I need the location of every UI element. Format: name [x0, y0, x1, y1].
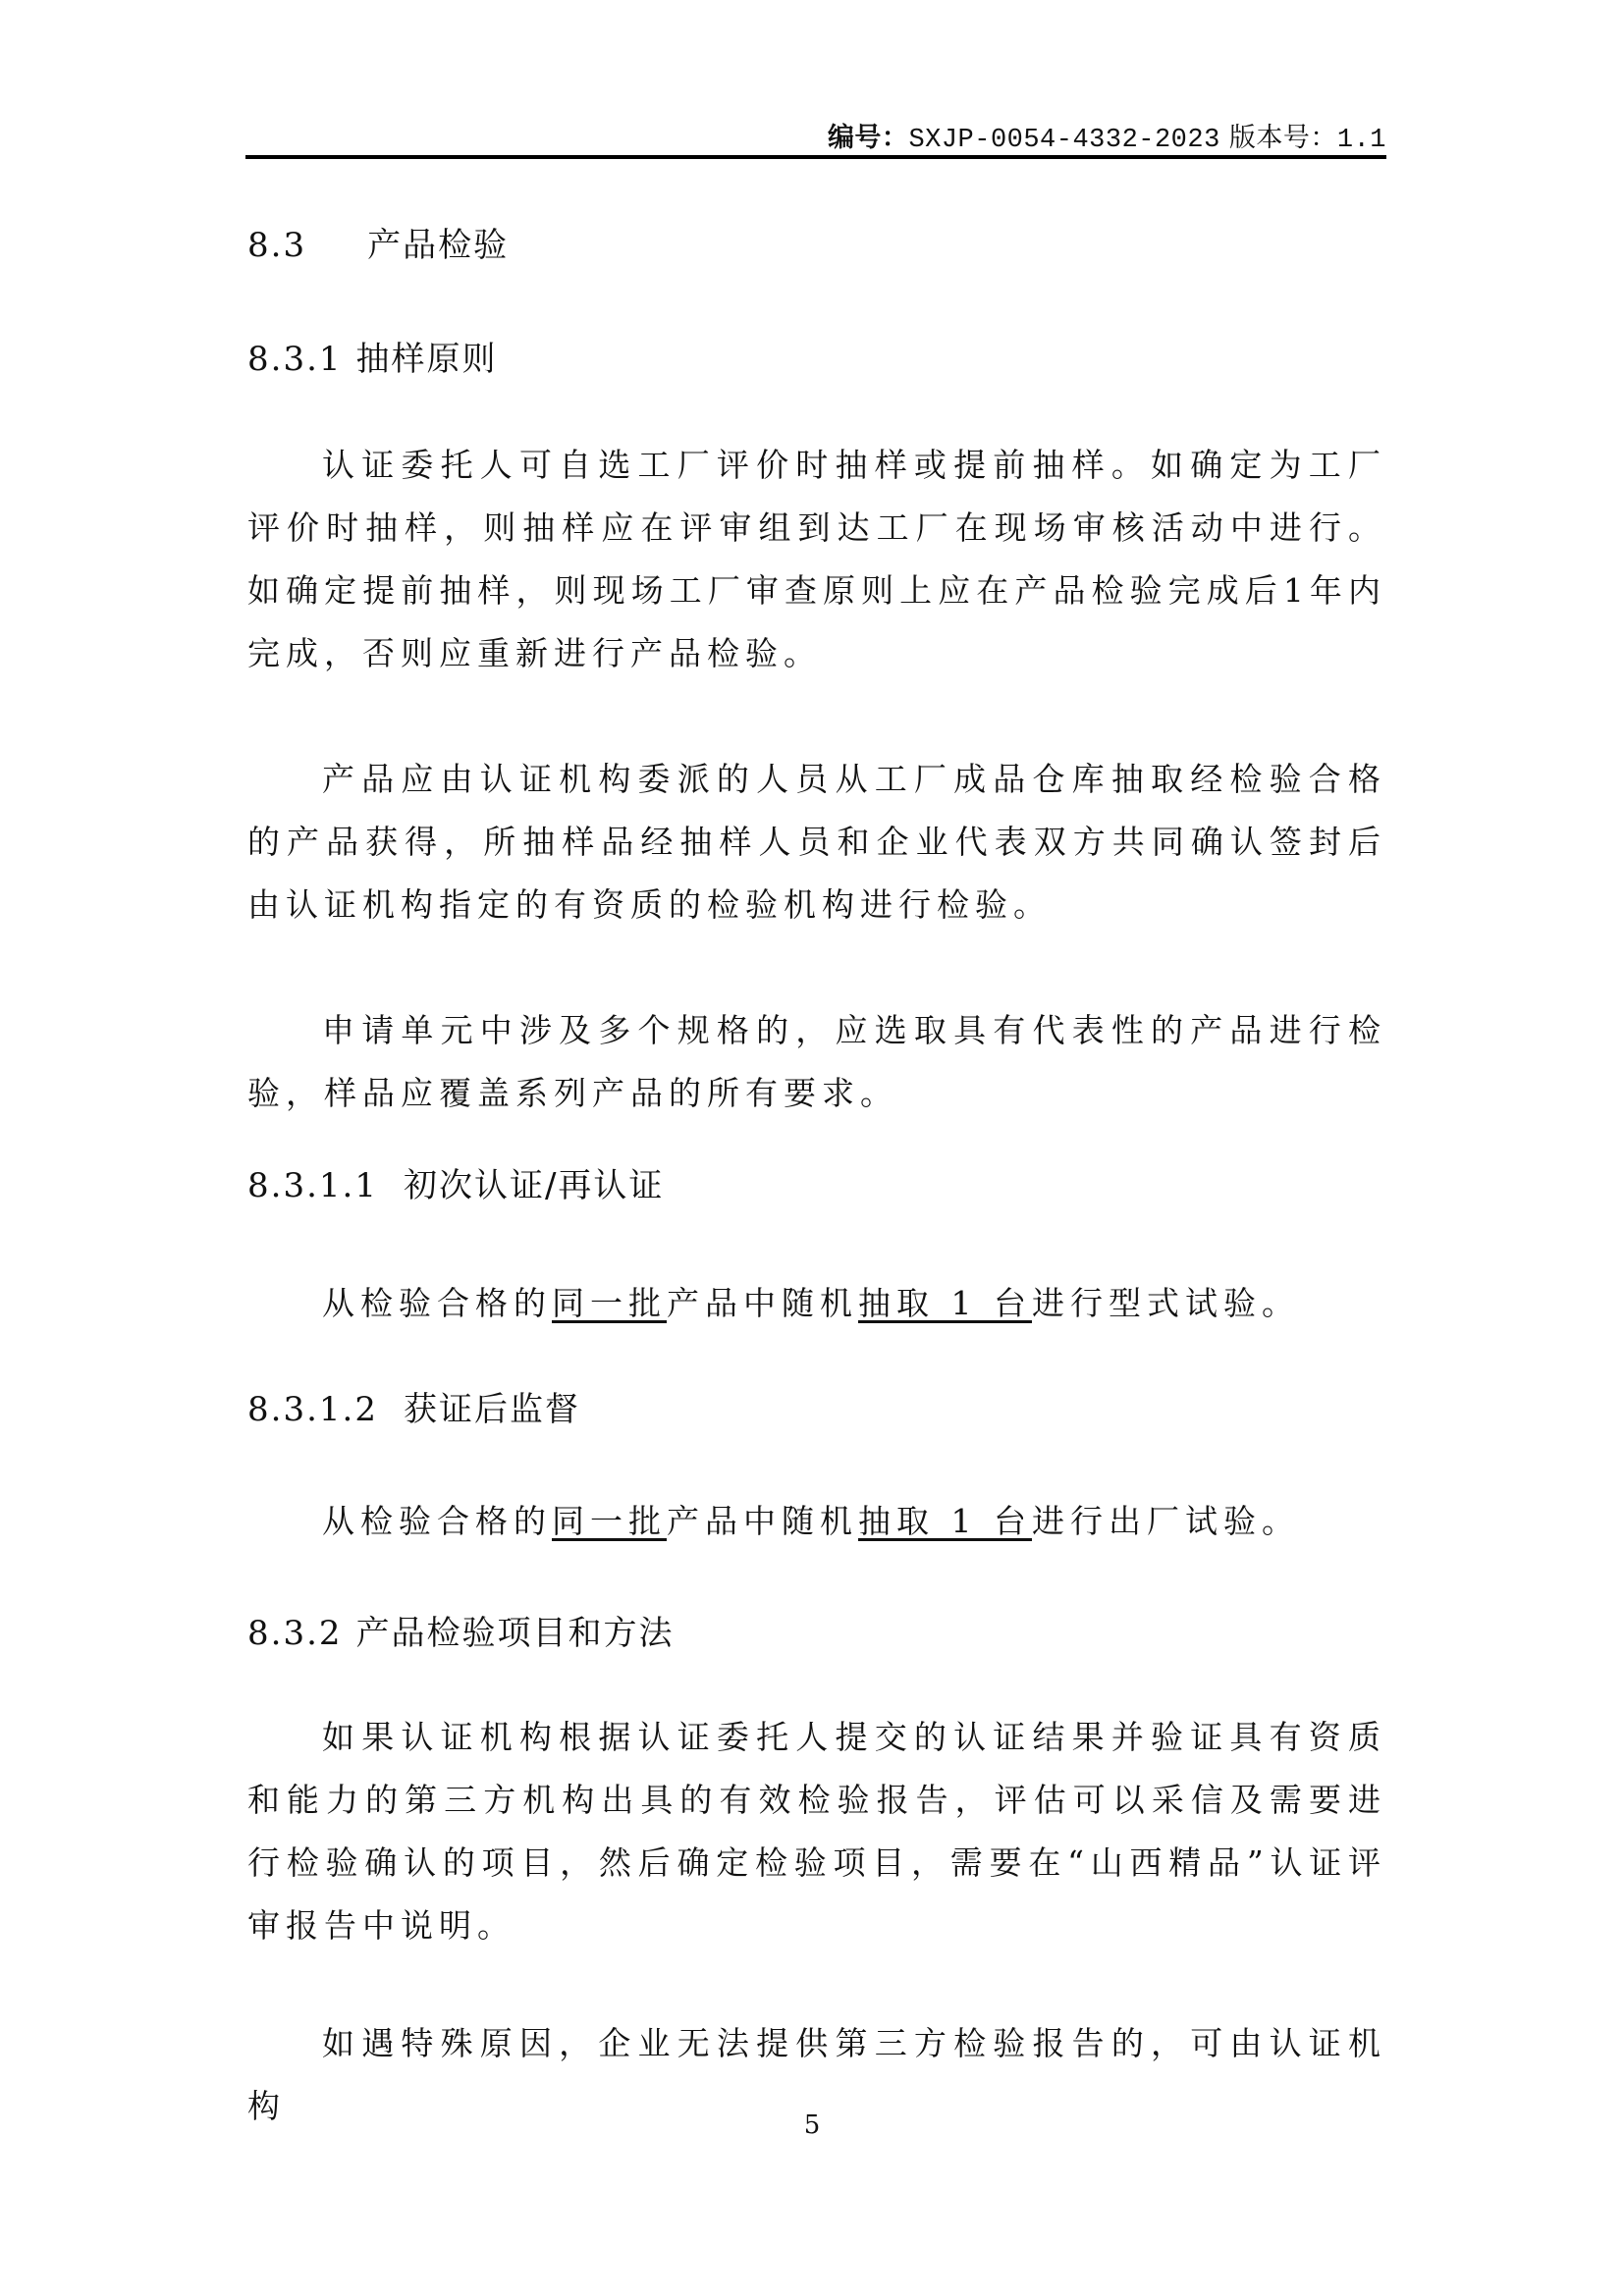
heading-title: 产品检验	[367, 226, 509, 265]
heading-title: 产品检验项目和方法	[356, 1614, 675, 1653]
paragraph-representative-sample: 申请单元中涉及多个规格的，应选取具有代表性的产品进行检验，样品应覆盖系列产品的所…	[247, 999, 1386, 1125]
document-code: SXJP-0054-4332-2023	[908, 126, 1219, 155]
heading-title: 获证后监督	[404, 1390, 580, 1429]
code-label: 编号：	[828, 123, 909, 153]
paragraph-sampling-personnel: 产品应由认证机构委派的人员从工厂成品仓库抽取经检验合格的产品获得，所抽样品经抽样…	[247, 748, 1386, 936]
header-rule	[245, 155, 1386, 159]
text: 从检验合格的	[322, 1502, 552, 1540]
page-number: 5	[0, 2110, 1624, 2140]
version-number: 1.1	[1337, 126, 1386, 155]
heading-8-3-1-2: 8.3.1.2获证后监督	[247, 1382, 580, 1430]
underlined-sample-one: 抽取 1 台	[858, 1284, 1032, 1322]
text: 产品中随机	[667, 1502, 858, 1540]
heading-8-3-2: 8.3.2产品检验项目和方法	[247, 1606, 675, 1654]
heading-number: 8.3.1	[247, 340, 343, 379]
text: 进行出厂试验。	[1032, 1502, 1300, 1540]
paragraph-initial-certification-sampling: 从检验合格的同一批产品中随机抽取 1 台进行型式试验。	[247, 1272, 1386, 1335]
heading-number: 8.3.1.1	[247, 1166, 378, 1205]
heading-number: 8.3	[247, 226, 306, 265]
heading-8-3: 8.3产品检验	[247, 218, 509, 266]
text: 产品中随机	[667, 1284, 858, 1322]
heading-8-3-1: 8.3.1抽样原则	[247, 332, 498, 380]
heading-number: 8.3.1.2	[247, 1390, 378, 1429]
heading-title: 初次认证/再认证	[404, 1166, 664, 1205]
document-header: 编号：SXJP-0054-4332-2023 版本号：1.1	[245, 116, 1386, 155]
heading-title: 抽样原则	[356, 340, 498, 379]
text: 进行型式试验。	[1032, 1284, 1300, 1322]
heading-8-3-1-1: 8.3.1.1初次认证/再认证	[247, 1158, 664, 1206]
underlined-sample-one: 抽取 1 台	[858, 1502, 1032, 1540]
paragraph-inspection-items: 如果认证机构根据认证委托人提交的认证结果并验证具有资质和能力的第三方机构出具的有…	[247, 1706, 1386, 1957]
underlined-same-batch: 同一批	[552, 1284, 667, 1322]
underlined-same-batch: 同一批	[552, 1502, 667, 1540]
paragraph-sampling-timing: 认证委托人可自选工厂评价时抽样或提前抽样。如确定为工厂评价时抽样，则抽样应在评审…	[247, 434, 1386, 685]
text: 从检验合格的	[322, 1284, 552, 1322]
heading-number: 8.3.2	[247, 1614, 343, 1653]
paragraph-surveillance-sampling: 从检验合格的同一批产品中随机抽取 1 台进行出厂试验。	[247, 1490, 1386, 1553]
version-label: 版本号：	[1229, 123, 1337, 153]
